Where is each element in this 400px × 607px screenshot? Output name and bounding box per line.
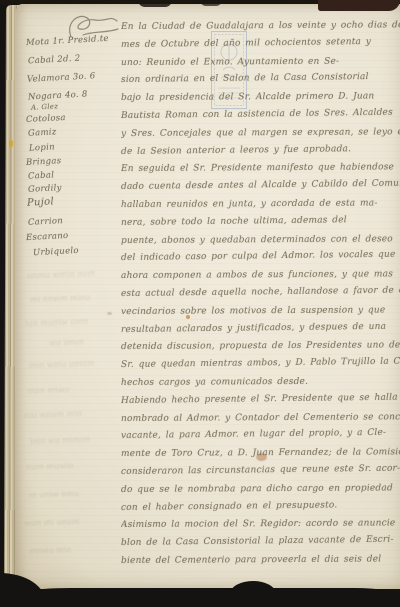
bleedthrough-text: minnu umw nim xyxy=(29,359,95,370)
bleedthrough-text: nim uwnm xyxy=(29,545,72,555)
manuscript-line: do que se le nombraba para dicho cargo e… xyxy=(121,483,400,495)
manuscript-line: Habiendo hecho presente el Sr. President… xyxy=(121,392,400,405)
manuscript-line: consideraron las circunstancias que reun… xyxy=(121,464,400,477)
attendee-name: Cotolosa xyxy=(26,113,66,125)
attendee-name: Bringas xyxy=(26,156,62,168)
bleedthrough-text: numi uw xyxy=(49,337,84,347)
attendee-name: Cabal xyxy=(28,170,55,181)
attendee-name: Cabal 2d. 2 xyxy=(28,54,81,67)
bleedthrough-text: nim munw uin xyxy=(24,409,82,420)
manuscript-line: del indicado caso por culpa del Admor. l… xyxy=(121,250,400,263)
manuscript-line: sion ordinaria en el Salon de la Casa Co… xyxy=(121,72,400,85)
attendee-name: Carrion xyxy=(28,216,64,228)
manuscript-line: bajo la presidencia del Sr. Alcalde prim… xyxy=(121,91,400,103)
manuscript-line: resultaban aclarados y justificados, y d… xyxy=(121,321,400,334)
attendee-name: Mota 1r. Presid.te xyxy=(26,34,109,48)
manuscript-line: puente, abonos y quedaban determinados c… xyxy=(121,234,400,246)
yellow-speck xyxy=(9,140,13,147)
manuscript-line: con el haber consignado en el presupuest… xyxy=(121,499,400,512)
attendee-name: Escarano xyxy=(26,231,69,243)
bleedthrough-text: umn winu m xyxy=(29,489,80,500)
manuscript-line: y Sres. Concejales que al margen se expr… xyxy=(121,127,400,139)
attendee-name: A. Glez xyxy=(31,102,59,111)
manuscript-line: En seguida el Sr. Presidente manifesto q… xyxy=(121,163,400,175)
manuscript-line: de la Sesion anterior a leeros y fue apr… xyxy=(121,143,400,156)
manuscript-line: vacante, la para Admor. en lugar del pro… xyxy=(121,428,400,441)
manuscript-line: vecindarios sobre los motivos de la susp… xyxy=(121,305,400,317)
manuscript-line: hechos cargos ya comunicados desde. xyxy=(121,376,400,388)
manuscript-line: Asimismo la mocion del Sr. Regidor: acor… xyxy=(121,519,400,531)
manuscript-line: ahora componen a ambos de sus funciones,… xyxy=(121,269,400,281)
manuscript-line: esta actual desde aquella noche, halland… xyxy=(121,286,400,299)
attendee-name: Urbiquelo xyxy=(33,246,79,258)
manuscript-line: hallaban reunidos en junta, y acordada d… xyxy=(121,198,400,210)
attendee-name: Velamora 3o. 6 xyxy=(27,71,96,85)
manuscript-line: detenida discusion, propuesta de los Pre… xyxy=(121,341,400,353)
bleedthrough-text: munim uw nmi xyxy=(30,435,91,446)
manuscript-line: mes de Octubre del año mil ochocientos s… xyxy=(121,36,400,49)
manuscript-line: nombrado al Admor. y Contador del Cement… xyxy=(121,412,400,424)
top-right-dark-blotch xyxy=(318,0,400,11)
manuscript-line: uno: Reunido el Exmo. Ayuntamiento en Se… xyxy=(121,56,400,68)
bleedthrough-text: mun nimw umnu xyxy=(27,269,95,280)
bleedthrough-text: unim mwnn im xyxy=(30,293,91,304)
faint-smudge xyxy=(107,312,112,315)
rust-stain xyxy=(256,453,267,461)
manuscript-line: dado cuenta desde antes al Alcalde y Cab… xyxy=(121,179,400,192)
manuscript-line: blon de la Casa Consistorial la plaza va… xyxy=(121,535,400,548)
attendee-name: Lopin xyxy=(29,142,55,153)
manuscript-line: nera, sobre todo la noche ultima, ademas… xyxy=(121,214,400,227)
attendee-name: Gordily xyxy=(28,183,62,195)
attendee-name: Pujol xyxy=(27,196,55,208)
bottom-dark-edge xyxy=(0,588,400,607)
attendee-name: Nogara 4o. 8 xyxy=(28,89,88,102)
ink-speck xyxy=(186,315,190,319)
bleedthrough-text: munu im nuw xyxy=(24,517,80,528)
manuscript-line: Bautista Roman con la asistencia de los … xyxy=(121,108,400,121)
manuscript-page: Mota 1r. Presid.teCabal 2d. 2Velamora 3o… xyxy=(15,4,400,589)
manuscript-line: biente del Cementerio para proveerla el … xyxy=(121,554,400,566)
manuscript-photo: Mota 1r. Presid.teCabal 2d. 2Velamora 3o… xyxy=(0,0,400,607)
attendee-name: Gamiz xyxy=(28,127,57,138)
top-edge-nick xyxy=(138,0,172,7)
bleedthrough-text: nmu winum nui xyxy=(25,317,88,328)
bleedthrough-text: uwim num xyxy=(27,385,70,395)
bleedthrough-text: niwum mun xyxy=(26,461,74,472)
manuscript-line: Sr. que quedan mientras ambos, y D. Pabl… xyxy=(121,357,400,370)
manuscript-line: En la Ciudad de Guadalajara a los veinte… xyxy=(121,20,400,32)
top-edge-nick xyxy=(200,0,222,6)
